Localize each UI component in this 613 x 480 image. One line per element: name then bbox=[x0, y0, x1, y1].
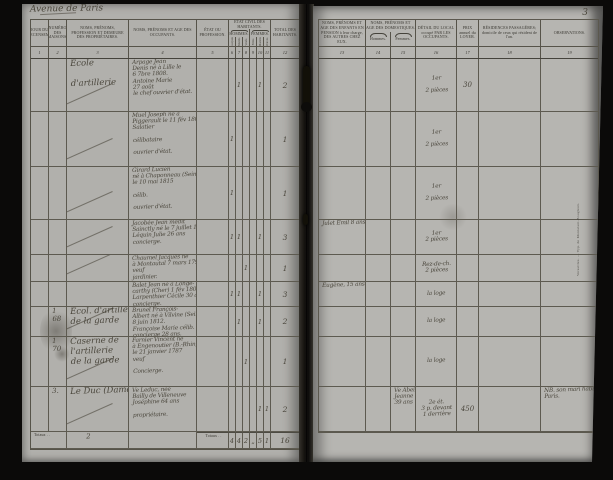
enfants-entry bbox=[322, 112, 364, 113]
cell-occupants: Brunel François-Albert né à Vilvine (Sei… bbox=[129, 307, 197, 336]
left-table-body: École d'artillerieArpage JeanDenis né à … bbox=[31, 59, 299, 432]
hand-line: Eugène, 15 ans bbox=[322, 282, 364, 289]
header-jour: JOUR DU RECENSEMᵗ. bbox=[31, 20, 49, 46]
dom-femmes-entry: Ve AbeilJeanne39 ans bbox=[394, 387, 415, 406]
tally-mark bbox=[243, 59, 250, 111]
column-number: 12 bbox=[271, 47, 299, 58]
observations-entry: NB. son mari habiteParis. bbox=[544, 387, 597, 400]
declarant-name bbox=[70, 282, 127, 283]
table-row: 1er 2 pièces bbox=[319, 167, 598, 220]
tally-total: 4 bbox=[229, 432, 236, 448]
right-page: 3 NOMS, PRÉNOMS ET AGE DES ENFANTS EN PE… bbox=[313, 6, 604, 462]
tally-mark bbox=[257, 337, 264, 386]
cell-prix bbox=[457, 337, 479, 386]
row-total: 3 bbox=[271, 220, 299, 254]
civil-subcolumn: Veuves. bbox=[264, 37, 270, 46]
enfants-entry: Julet Emil 8 ans bbox=[322, 220, 364, 227]
observations-entry bbox=[544, 59, 597, 60]
table-row: 1er 2 pièces bbox=[319, 112, 598, 167]
local-entry: la loge bbox=[427, 290, 445, 297]
header-dom-hommes: Hommes. bbox=[366, 32, 391, 46]
hand-line: 2 pièces bbox=[425, 195, 448, 202]
observations-entry bbox=[544, 112, 597, 113]
residences-entry bbox=[482, 220, 539, 221]
tally-mark bbox=[264, 255, 271, 281]
tally-mark: 1 bbox=[229, 167, 236, 219]
declarant-name: Le Duc (Dame) bbox=[70, 387, 127, 398]
local-entry: 1er2 pièces bbox=[425, 230, 448, 243]
cell-occupants: Balet Jean né à Longe-carthy (Cher) 1 fé… bbox=[129, 282, 197, 306]
cell-local: 2e ét.3 p. devant1 derrière bbox=[416, 387, 457, 431]
tally-mark bbox=[243, 387, 250, 431]
totals-row: Totaux . .2Totaux . .442„5116 bbox=[31, 432, 299, 449]
cell-domestiques-hommes bbox=[366, 112, 391, 166]
cell-etat bbox=[197, 282, 229, 306]
civil-subcolumn: Mariés. bbox=[236, 37, 243, 46]
dom-hommes-entry bbox=[369, 167, 389, 168]
tally-total: 1 bbox=[264, 432, 271, 448]
tally-mark: 1 bbox=[229, 112, 236, 166]
cell-observations bbox=[541, 220, 598, 254]
column-number: 18 bbox=[479, 47, 541, 58]
cell-prix bbox=[457, 220, 479, 254]
right-column-numbers: 13141516171819 bbox=[319, 47, 598, 59]
column-number: 19 bbox=[541, 47, 598, 58]
residences-entry bbox=[482, 282, 539, 283]
column-number: 4 bbox=[129, 47, 197, 58]
row-total: 1 bbox=[271, 337, 299, 386]
header-domestiques-group: NOMS, PRÉNOMS ET AGE DES DOMESTIQUES. Ho… bbox=[366, 20, 416, 46]
enfants-entry bbox=[322, 255, 364, 256]
cell-jour bbox=[31, 59, 49, 111]
enfants-entry bbox=[322, 337, 364, 338]
hand-line: 2 pièces bbox=[425, 87, 448, 94]
cell-domestiques-femmes bbox=[391, 307, 416, 336]
observations-entry bbox=[544, 255, 597, 256]
occupants-entry: Arpage JeanDenis né à Lille le6 7bre 180… bbox=[132, 59, 196, 97]
cell-local: 1er 2 pièces bbox=[416, 59, 457, 111]
tally-mark bbox=[264, 307, 271, 336]
declarant-name bbox=[70, 112, 127, 113]
cell-prix: 30 bbox=[457, 59, 479, 111]
tally-mark: 1 bbox=[257, 282, 264, 306]
etat-entry bbox=[200, 59, 227, 60]
header-occupants: NOMS, PRÉNOMS ET AGE DES OCCUPANTS. bbox=[129, 20, 197, 46]
tally-mark bbox=[264, 167, 271, 219]
cell-domestiques-hommes bbox=[366, 255, 391, 281]
enfants-entry: Eugène, 15 ans bbox=[322, 282, 364, 289]
occupants-entry: Muel Joseph né àPiggerault le 11 fév 180… bbox=[132, 112, 196, 156]
local-entry: 1er 2 pièces bbox=[425, 129, 448, 148]
hand-line: Paris. bbox=[544, 392, 597, 400]
table-row: 170Caserne del'artilleriede la gardeFarn… bbox=[31, 337, 299, 387]
cell-jour bbox=[31, 307, 49, 336]
cell-etat bbox=[197, 387, 229, 431]
cell-declarant bbox=[67, 112, 129, 166]
cell-local: 1er 2 pièces bbox=[416, 167, 457, 219]
tally-mark bbox=[243, 282, 250, 306]
dom-femmes-entry bbox=[394, 282, 414, 283]
dom-hommes-entry bbox=[369, 112, 389, 113]
cell-enfants bbox=[319, 59, 366, 111]
cell-domestiques-femmes bbox=[391, 220, 416, 254]
cell-residences bbox=[479, 112, 541, 166]
cell-declarant bbox=[67, 255, 129, 281]
tally-mark bbox=[264, 220, 271, 254]
occupants-entry: Jacobée Jean méditSainctly né le 7 juill… bbox=[132, 220, 196, 246]
hand-line: concierge. bbox=[133, 237, 196, 245]
binding-thread-knot bbox=[303, 66, 310, 110]
cell-domestiques-hommes bbox=[366, 337, 391, 386]
pen-flourish bbox=[67, 255, 113, 276]
tally-mark: 1 bbox=[236, 307, 243, 336]
cell-declarant: Caserne del'artilleriede la garde bbox=[67, 337, 129, 386]
enfants-entry bbox=[322, 307, 364, 308]
etat-entry bbox=[200, 282, 227, 283]
cell-local: Rez-de-ch.2 pièces bbox=[416, 255, 457, 281]
cell-observations bbox=[541, 255, 598, 281]
civil-subcolumn-labels: Garçons.Mariés.Veufs.Filles.Mariées.Veuv… bbox=[229, 37, 270, 46]
cell-local: 1er 2 pièces bbox=[416, 112, 457, 166]
cell-occupants: Farnier Vincent néà Engenoutier (B.-Rhin… bbox=[129, 337, 197, 386]
cell-domestiques-hommes bbox=[366, 220, 391, 254]
residences-entry bbox=[482, 112, 539, 113]
maison-number: 168 bbox=[52, 308, 66, 323]
row-total: 2 bbox=[271, 307, 299, 336]
cell-etat bbox=[197, 167, 229, 219]
column-number: 11 bbox=[264, 47, 271, 58]
tally-mark bbox=[250, 307, 257, 336]
left-table-header: JOUR DU RECENSEMᵗ. NUMÉRO DES MAISONS. N… bbox=[31, 20, 299, 47]
cell-jour bbox=[31, 387, 49, 431]
left-column-numbers: 123456789101112 bbox=[31, 47, 299, 59]
hand-line: 3. bbox=[52, 388, 65, 396]
tally-mark: 1 bbox=[236, 59, 243, 111]
tally-mark bbox=[229, 255, 236, 281]
local-entry: Rez-de-ch.2 pièces bbox=[422, 261, 451, 274]
table-row: Eugène, 15 ansla loge bbox=[319, 282, 598, 307]
tally-mark bbox=[257, 255, 264, 281]
hand-line: la loge bbox=[427, 290, 445, 297]
column-number: 17 bbox=[457, 47, 479, 58]
table-row: École d'artillerieArpage JeanDenis né à … bbox=[31, 59, 299, 112]
row-total: 1 bbox=[271, 167, 299, 219]
dom-hommes-entry bbox=[369, 220, 389, 221]
cell-jour bbox=[31, 112, 49, 166]
column-number: 9 bbox=[250, 47, 257, 58]
cell-local: la loge bbox=[416, 337, 457, 386]
dom-hommes-entry bbox=[369, 337, 389, 338]
observations-entry bbox=[544, 220, 597, 221]
header-local: DÉTAIL DU LOCAL occupé PAR LES OCCUPANTS… bbox=[416, 20, 457, 46]
hand-line: Julet Emil 8 ans bbox=[322, 220, 364, 227]
residences-entry bbox=[482, 337, 539, 338]
local-entry: 1er 2 pièces bbox=[425, 183, 448, 202]
binding-strip bbox=[299, 4, 314, 462]
cell-declarant: Le Duc (Dame) bbox=[67, 387, 129, 431]
hand-line: propriétaire. bbox=[133, 411, 196, 419]
table-row: 3.Le Duc (Dame)Ve Leduc, néeBailly de Vi… bbox=[31, 387, 299, 432]
civil-subcolumn: Filles. bbox=[250, 37, 257, 46]
header-prix: PRIX annuel du LOYER. bbox=[457, 20, 479, 46]
cell-enfants: Eugène, 15 ans bbox=[319, 282, 366, 306]
hand-line: de la garde bbox=[71, 356, 128, 368]
hand-line: 2 pièces bbox=[422, 267, 451, 274]
declarant-name bbox=[70, 167, 127, 168]
residences-entry bbox=[482, 59, 539, 60]
cell-observations bbox=[541, 112, 598, 166]
tally-mark: 1 bbox=[236, 220, 243, 254]
column-number: 6 bbox=[229, 47, 236, 58]
row-total: 2 bbox=[271, 59, 299, 111]
cell-occupants: Girard Lucienné à Chaponneau (Seine)le 1… bbox=[129, 167, 197, 219]
tally-mark bbox=[229, 59, 236, 111]
header-declarants: NOMS, PRÉNOMS, PROFESSION ET DEMEURE DES… bbox=[67, 20, 129, 46]
tally-mark: 1 bbox=[236, 282, 243, 306]
cell-residences bbox=[479, 220, 541, 254]
cell-declarant bbox=[67, 167, 129, 219]
cell-jour bbox=[31, 337, 49, 386]
observations-entry bbox=[544, 307, 597, 308]
table-row: Jacobée Jean méditSainctly né le 7 juill… bbox=[31, 220, 299, 255]
cell-enfants bbox=[319, 167, 366, 219]
left-table: JOUR DU RECENSEMᵗ. NUMÉRO DES MAISONS. N… bbox=[30, 19, 300, 450]
tally-mark bbox=[236, 112, 243, 166]
civil-subcolumn: Garçons. bbox=[229, 37, 236, 46]
tally-mark bbox=[250, 387, 257, 431]
header-enfants: NOMS, PRÉNOMS ET AGE DES ENFANTS EN PENS… bbox=[319, 20, 366, 46]
cell-maison bbox=[49, 167, 67, 219]
hand-line: la loge bbox=[427, 318, 445, 325]
hand-line: 2 pièces bbox=[425, 141, 448, 148]
row-total: 2 bbox=[271, 387, 299, 431]
tally-mark bbox=[229, 337, 236, 386]
right-table-body: 1er 2 pièces301er 2 pièces1er 2 piècesJu… bbox=[319, 59, 598, 432]
cell-domestiques-hommes bbox=[366, 59, 391, 111]
cell-declarant bbox=[67, 220, 129, 254]
header-etat-civil-group: ÉTAT CIVIL DES HABITANTS. HOMMES. FEMMES… bbox=[229, 20, 271, 46]
cell-etat bbox=[197, 220, 229, 254]
totals-left-label: Totaux . . bbox=[31, 432, 67, 448]
tally-total: 5 bbox=[257, 432, 264, 448]
enfants-entry bbox=[322, 167, 364, 168]
table-row: la loge bbox=[319, 307, 598, 337]
local-entry: la loge bbox=[427, 318, 445, 325]
totals-label: Totaux . . bbox=[34, 433, 65, 438]
maisons-total: 2 bbox=[70, 432, 127, 441]
tally-mark bbox=[243, 220, 250, 254]
dom-hommes-entry bbox=[369, 255, 389, 256]
tally-mark bbox=[264, 59, 271, 111]
cell-observations bbox=[541, 282, 598, 306]
tally-total: 2 bbox=[243, 432, 250, 448]
cell-declarant: Écol. d'artilleriede la garde bbox=[67, 307, 129, 336]
totals-label-cell: Totaux . . bbox=[197, 432, 229, 448]
residences-entry bbox=[482, 167, 539, 168]
tally-mark bbox=[250, 220, 257, 254]
cell-domestiques-hommes bbox=[366, 282, 391, 306]
residences-entry bbox=[482, 307, 539, 308]
header-etat: ÉTAT OU PROFESSION. bbox=[197, 20, 229, 46]
maison-number: 170 bbox=[52, 338, 66, 353]
row-total: 3 bbox=[271, 282, 299, 306]
tally-mark bbox=[250, 167, 257, 219]
tally-mark: 1 bbox=[257, 387, 264, 431]
hand-line: 39 ans bbox=[394, 400, 414, 407]
table-row: 168Écol. d'artilleriede la gardeBrunel F… bbox=[31, 307, 299, 337]
cell-observations bbox=[541, 59, 598, 111]
street-annotation: Avenue de Paris bbox=[30, 3, 103, 15]
cell-prix bbox=[457, 167, 479, 219]
cell-enfants bbox=[319, 307, 366, 336]
tally-mark bbox=[257, 112, 264, 166]
tally-mark bbox=[229, 307, 236, 336]
cell-occupants: Ve Leduc, néeBailly de VilleneuveJoséphi… bbox=[129, 387, 197, 431]
tally-mark: 1 bbox=[243, 337, 250, 386]
cell-empty bbox=[129, 432, 197, 448]
cell-residences bbox=[479, 282, 541, 306]
etat-entry bbox=[200, 307, 227, 308]
occupants-entry: Brunel François-Albert né à Vilvine (Sei… bbox=[132, 307, 196, 336]
cell-occupants: Arpage JeanDenis né à Lille le6 7bre 180… bbox=[129, 59, 197, 111]
local-entry: 2e ét.3 p. devant1 derrière bbox=[421, 399, 452, 419]
right-table: NOMS, PRÉNOMS ET AGE DES ENFANTS EN PENS… bbox=[318, 19, 599, 433]
tally-total: „ bbox=[250, 432, 257, 448]
civil-subcolumn: Mariées. bbox=[257, 37, 264, 46]
column-number: 7 bbox=[236, 47, 243, 58]
cell-local: la loge bbox=[416, 282, 457, 306]
tally-mark bbox=[257, 167, 264, 219]
tally-mark bbox=[236, 337, 243, 386]
cell-etat bbox=[197, 112, 229, 166]
header-observations: OBSERVATIONS. bbox=[541, 20, 598, 46]
cell-domestiques-femmes bbox=[391, 59, 416, 111]
hand-line: ouvrier d'état. bbox=[133, 148, 196, 156]
occupants-entry: Ve Leduc, néeBailly de VilleneuveJoséphi… bbox=[132, 387, 196, 419]
cell-domestiques-femmes: Ve AbeilJeanne39 ans bbox=[391, 387, 416, 431]
tally-mark bbox=[236, 167, 243, 219]
table-row: Ve AbeilJeanne39 ans2e ét.3 p. devant1 d… bbox=[319, 387, 598, 432]
cell-residences bbox=[479, 167, 541, 219]
cell-etat bbox=[197, 337, 229, 386]
page-number: 3 bbox=[582, 8, 588, 18]
cell-domestiques-femmes bbox=[391, 255, 416, 281]
dom-femmes-entry bbox=[394, 337, 414, 338]
table-row: Chaumel Jacques néà Montautal 7 mars 179… bbox=[31, 255, 299, 282]
cell-declarant bbox=[67, 282, 129, 306]
tally-mark bbox=[264, 282, 271, 306]
tally-mark: 1 bbox=[257, 59, 264, 111]
cell-maison: 170 bbox=[49, 337, 67, 386]
pen-flourish bbox=[67, 226, 113, 249]
tally-mark: 1 bbox=[264, 387, 271, 431]
etat-entry bbox=[200, 255, 227, 256]
hand-line: ouvrier d'état. bbox=[133, 203, 196, 211]
cell-observations bbox=[541, 167, 598, 219]
etat-entry bbox=[200, 112, 227, 113]
tally-mark: 1 bbox=[243, 255, 250, 281]
dom-hommes-entry bbox=[369, 387, 389, 388]
cell-prix bbox=[457, 112, 479, 166]
dom-femmes-entry bbox=[394, 167, 414, 168]
header-maison: NUMÉRO DES MAISONS. bbox=[49, 20, 67, 46]
cell-maison bbox=[49, 282, 67, 306]
cell-prix bbox=[457, 255, 479, 281]
hand-line: 2 pièces bbox=[425, 236, 448, 243]
dom-femmes-entry bbox=[394, 220, 414, 221]
cell-domestiques-hommes bbox=[366, 307, 391, 336]
cell-domestiques-hommes bbox=[366, 387, 391, 431]
cell-occupants: Chaumel Jacques néà Montautal 7 mars 179… bbox=[129, 255, 197, 281]
cell-jour bbox=[31, 167, 49, 219]
header-residences: RÉSIDENCES PASSAGÈRES; domicile de ceux … bbox=[479, 20, 541, 46]
cell-maison: 3. bbox=[49, 387, 67, 431]
enfants-entry bbox=[322, 387, 364, 388]
observations-entry bbox=[544, 337, 597, 338]
grand-total: 16 bbox=[271, 432, 299, 448]
tally-mark bbox=[236, 387, 243, 431]
dom-femmes-entry bbox=[394, 255, 414, 256]
hand-line: Concierge. bbox=[133, 367, 196, 375]
totals-label: Totaux . . bbox=[200, 434, 227, 439]
tally-mark bbox=[243, 112, 250, 166]
column-number: 16 bbox=[416, 47, 457, 58]
tally-mark bbox=[250, 282, 257, 306]
column-number: 3 bbox=[67, 47, 129, 58]
cell-domestiques-femmes bbox=[391, 167, 416, 219]
dom-hommes-entry bbox=[369, 282, 389, 283]
cell-prix bbox=[457, 282, 479, 306]
dom-femmes-entry bbox=[394, 59, 414, 60]
cell-maison bbox=[49, 255, 67, 281]
pen-flourish bbox=[67, 191, 113, 214]
header-civil-femmes: FEMMES. bbox=[250, 29, 270, 37]
column-number: 15 bbox=[391, 47, 416, 58]
column-number: 1 bbox=[31, 47, 49, 58]
etat-entry bbox=[200, 387, 227, 388]
etat-entry bbox=[200, 167, 227, 168]
tally-mark bbox=[250, 255, 257, 281]
cell-maison bbox=[49, 220, 67, 254]
hand-line: jardinier. bbox=[133, 272, 196, 280]
column-number: 8 bbox=[243, 47, 250, 58]
cell-local: la loge bbox=[416, 307, 457, 336]
cell-residences bbox=[479, 387, 541, 431]
tally-mark: 1 bbox=[257, 307, 264, 336]
cell-occupants: Jacobée Jean méditSainctly né le 7 juill… bbox=[129, 220, 197, 254]
occupants-entry: Balet Jean né à Longe-carthy (Cher) 1 fé… bbox=[132, 282, 196, 306]
tally-mark bbox=[243, 167, 250, 219]
column-number: 14 bbox=[366, 47, 391, 58]
etat-entry bbox=[200, 220, 227, 221]
table-row: Rez-de-ch.2 pièces bbox=[319, 255, 598, 282]
tally-mark bbox=[250, 59, 257, 111]
table-row: Muel Joseph né àPiggerault le 11 fév 180… bbox=[31, 112, 299, 167]
tally-mark bbox=[250, 337, 257, 386]
cell-residences bbox=[479, 307, 541, 336]
column-number: 2 bbox=[49, 47, 67, 58]
cell-domestiques-femmes bbox=[391, 282, 416, 306]
dom-hommes-entry bbox=[369, 307, 389, 308]
occupants-entry: Girard Lucienné à Chaponneau (Seine)le 1… bbox=[132, 167, 196, 211]
tally-mark bbox=[250, 112, 257, 166]
cell-residences bbox=[479, 255, 541, 281]
hand-line: 70 bbox=[52, 345, 65, 353]
civil-subcolumn: Veufs. bbox=[243, 37, 250, 46]
tally-mark bbox=[229, 387, 236, 431]
observations-entry bbox=[544, 167, 597, 168]
cell-etat bbox=[197, 255, 229, 281]
